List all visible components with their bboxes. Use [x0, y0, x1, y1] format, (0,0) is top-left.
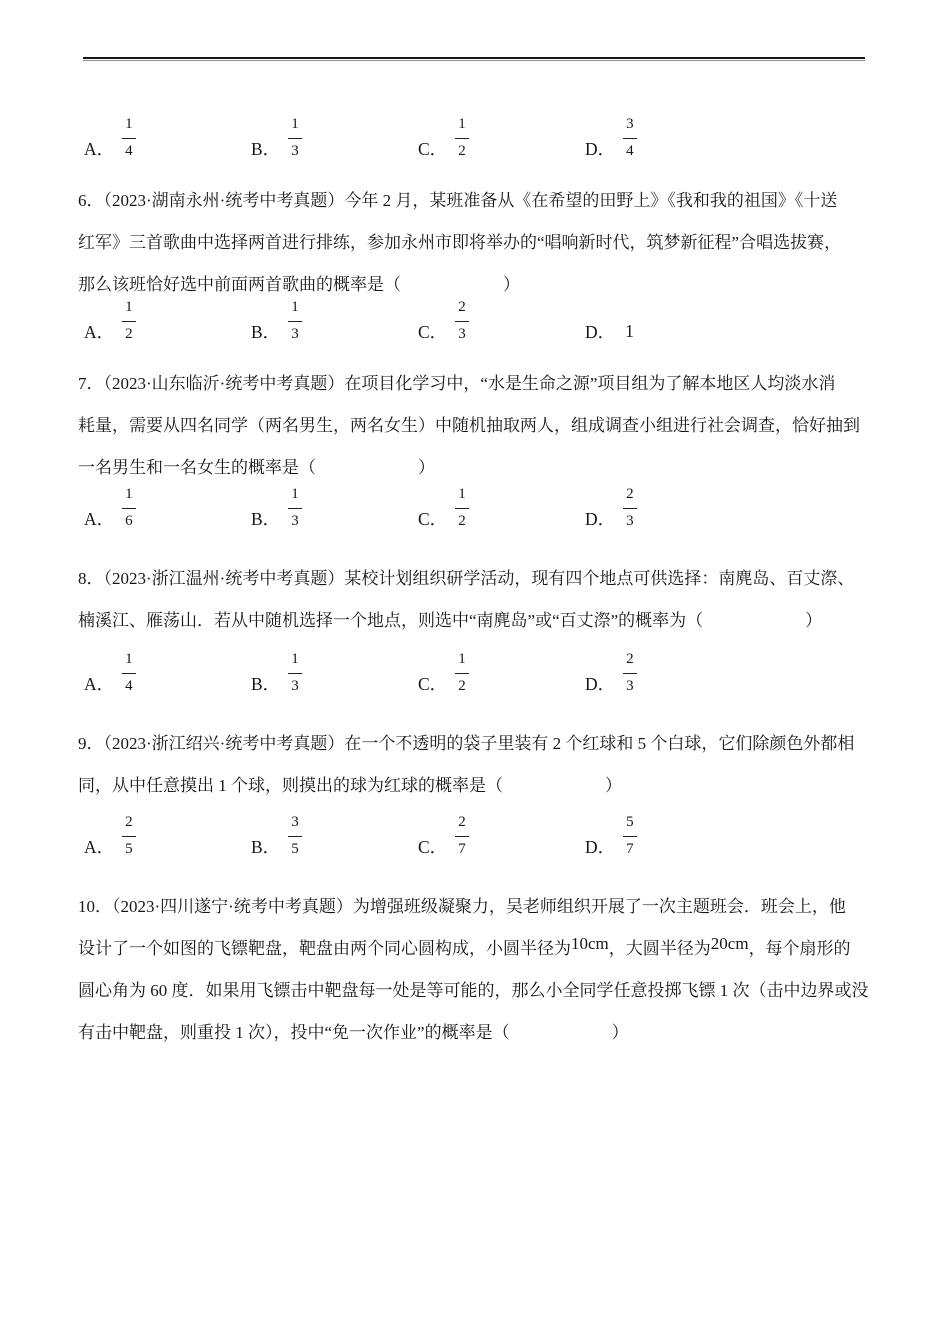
option-c: C． 12	[418, 478, 585, 536]
fraction-denominator: 2	[122, 322, 136, 343]
fraction-denominator: 3	[288, 139, 302, 160]
fraction-denominator: 5	[122, 837, 136, 858]
fraction-denominator: 3	[288, 509, 302, 530]
option-c: C． 12	[418, 643, 585, 701]
fraction-numerator: 1	[455, 486, 469, 508]
option-label: D．	[585, 506, 615, 531]
option-label: C．	[418, 506, 447, 531]
option-value: 1	[625, 321, 634, 342]
option-label: D．	[585, 834, 615, 859]
fraction-denominator: 7	[455, 837, 469, 858]
fraction-numerator: 1	[455, 116, 469, 138]
fraction: 16	[122, 486, 136, 530]
option-d: D． 57	[585, 806, 752, 864]
question-line: 同，从中任意摸出 1 个球，则摸出的球为红球的概率是（ ）	[78, 765, 878, 807]
fraction-denominator: 2	[455, 509, 469, 530]
option-c: C． 12	[418, 108, 585, 166]
fraction-denominator: 2	[455, 139, 469, 160]
fraction-numerator: 2	[455, 814, 469, 836]
fraction-denominator: 3	[623, 509, 637, 530]
option-label: B．	[251, 834, 280, 859]
fraction-denominator: 4	[623, 139, 637, 160]
question-text-segment: 设计了一个如图的飞镖靶盘，靶盘由两个同心圆构成，小圆半径为	[78, 939, 571, 958]
option-a: A． 14	[84, 643, 251, 701]
question-7: 7．（2023·山东临沂·统考中考真题）在项目化学习中，“水是生命之源”项目组为…	[78, 363, 878, 489]
fraction-numerator: 1	[288, 299, 302, 321]
option-label: B．	[251, 506, 280, 531]
fraction-numerator: 2	[455, 299, 469, 321]
answer-options-row-q8: A． 14 B． 13 C． 12 D． 23	[78, 643, 878, 701]
fraction: 13	[288, 486, 302, 530]
option-d: D． 34	[585, 108, 752, 166]
fraction-denominator: 5	[288, 837, 302, 858]
option-b: B． 35	[251, 806, 418, 864]
fraction: 12	[122, 299, 136, 343]
radius-small-value: 10cm	[571, 934, 609, 953]
fraction: 14	[122, 116, 136, 160]
answer-options-row-q6: A． 12 B． 13 C． 23 D． 1	[78, 291, 878, 349]
answer-options-row-q7: A． 16 B． 13 C． 12 D． 23	[78, 478, 878, 536]
exam-document-page: A． 14 B． 13 C． 12 D． 34 6．（2023·湖南永州·统考中…	[0, 0, 950, 1344]
question-line: 有击中靶盘，则重投 1 次），投中“免一次作业”的概率是（ ）	[78, 1012, 878, 1054]
option-d: D． 23	[585, 478, 752, 536]
fraction-numerator: 1	[288, 116, 302, 138]
option-label: C．	[418, 319, 447, 344]
fraction: 27	[455, 814, 469, 858]
option-label: C．	[418, 834, 447, 859]
fraction: 23	[455, 299, 469, 343]
option-label: D．	[585, 319, 615, 344]
question-8: 8．（2023·浙江温州·统考中考真题）某校计划组织研学活动，现有四个地点可供选…	[78, 558, 878, 642]
fraction: 14	[122, 651, 136, 695]
option-label: B．	[251, 319, 280, 344]
fraction: 25	[122, 814, 136, 858]
fraction-numerator: 1	[288, 486, 302, 508]
question-text-segment: ，每个扇形的	[749, 939, 851, 958]
fraction-numerator: 2	[623, 486, 637, 508]
option-label: A．	[84, 319, 114, 344]
option-a: A． 25	[84, 806, 251, 864]
option-label: B．	[251, 136, 280, 161]
question-10: 10．（2023·四川遂宁·统考中考真题）为增强班级凝聚力，吴老师组织开展了一次…	[78, 886, 878, 1054]
question-line: 耗量，需要从四名同学（两名男生，两名女生）中随机抽取两人，组成调查小组进行社会调…	[78, 405, 878, 447]
fraction: 13	[288, 651, 302, 695]
option-d: D． 23	[585, 643, 752, 701]
fraction-denominator: 3	[455, 322, 469, 343]
question-line: 楠溪江、雁荡山．若从中随机选择一个地点，则选中“南麂岛”或“百丈漈”的概率为（ …	[78, 600, 878, 642]
option-label: A．	[84, 136, 114, 161]
fraction-denominator: 4	[122, 674, 136, 695]
option-a: A． 12	[84, 291, 251, 349]
header-rule	[83, 57, 865, 61]
option-label: D．	[585, 136, 615, 161]
fraction-numerator: 1	[122, 486, 136, 508]
question-line: 7．（2023·山东临沂·统考中考真题）在项目化学习中，“水是生命之源”项目组为…	[78, 363, 878, 405]
option-label: B．	[251, 671, 280, 696]
fraction: 13	[288, 299, 302, 343]
fraction: 12	[455, 651, 469, 695]
question-line: 6．（2023·湖南永州·统考中考真题）今年 2 月，某班准备从《在希望的田野上…	[78, 180, 878, 222]
question-9: 9．（2023·浙江绍兴·统考中考真题）在一个不透明的袋子里装有 2 个红球和 …	[78, 723, 878, 807]
fraction: 12	[455, 116, 469, 160]
option-c: C． 23	[418, 291, 585, 349]
fraction: 57	[623, 814, 637, 858]
question-line: 10．（2023·四川遂宁·统考中考真题）为增强班级凝聚力，吴老师组织开展了一次…	[78, 886, 878, 928]
answer-options-row-q9: A． 25 B． 35 C． 27 D． 57	[78, 806, 878, 864]
fraction-numerator: 2	[623, 651, 637, 673]
fraction: 35	[288, 814, 302, 858]
fraction-denominator: 4	[122, 139, 136, 160]
option-a: A． 16	[84, 478, 251, 536]
fraction-numerator: 5	[623, 814, 637, 836]
option-label: C．	[418, 671, 447, 696]
fraction-denominator: 2	[455, 674, 469, 695]
answer-options-row-top: A． 14 B． 13 C． 12 D． 34	[78, 108, 878, 166]
fraction-numerator: 1	[288, 651, 302, 673]
option-c: C． 27	[418, 806, 585, 864]
question-line: 红军》三首歌曲中选择两首进行排练，参加永州市即将举办的“唱响新时代，筑梦新征程”…	[78, 222, 878, 264]
fraction: 13	[288, 116, 302, 160]
fraction: 34	[623, 116, 637, 160]
fraction-numerator: 1	[122, 116, 136, 138]
question-line: 圆心角为 60 度．如果用飞镖击中靶盘每一处是等可能的，那么小全同学任意投掷飞镖…	[78, 970, 878, 1012]
fraction-denominator: 3	[288, 322, 302, 343]
fraction-denominator: 3	[623, 674, 637, 695]
fraction: 12	[455, 486, 469, 530]
option-label: A．	[84, 506, 114, 531]
question-line: 9．（2023·浙江绍兴·统考中考真题）在一个不透明的袋子里装有 2 个红球和 …	[78, 723, 878, 765]
fraction-denominator: 3	[288, 674, 302, 695]
fraction-numerator: 1	[122, 651, 136, 673]
fraction: 23	[623, 486, 637, 530]
option-b: B． 13	[251, 291, 418, 349]
option-a: A． 14	[84, 108, 251, 166]
fraction-denominator: 7	[623, 837, 637, 858]
fraction-numerator: 1	[455, 651, 469, 673]
option-b: B． 13	[251, 478, 418, 536]
fraction-denominator: 6	[122, 509, 136, 530]
option-label: A．	[84, 834, 114, 859]
option-b: B． 13	[251, 643, 418, 701]
question-6: 6．（2023·湖南永州·统考中考真题）今年 2 月，某班准备从《在希望的田野上…	[78, 180, 878, 306]
fraction-numerator: 3	[288, 814, 302, 836]
option-d: D． 1	[585, 291, 752, 349]
option-b: B． 13	[251, 108, 418, 166]
question-line: 设计了一个如图的飞镖靶盘，靶盘由两个同心圆构成，小圆半径为10cm，大圆半径为2…	[78, 928, 878, 970]
fraction-numerator: 1	[122, 299, 136, 321]
question-text-segment: ，大圆半径为	[609, 939, 711, 958]
fraction: 23	[623, 651, 637, 695]
option-label: D．	[585, 671, 615, 696]
fraction-numerator: 2	[122, 814, 136, 836]
option-label: C．	[418, 136, 447, 161]
question-line: 8．（2023·浙江温州·统考中考真题）某校计划组织研学活动，现有四个地点可供选…	[78, 558, 878, 600]
fraction-numerator: 3	[623, 116, 637, 138]
option-label: A．	[84, 671, 114, 696]
radius-large-value: 20cm	[711, 934, 749, 953]
